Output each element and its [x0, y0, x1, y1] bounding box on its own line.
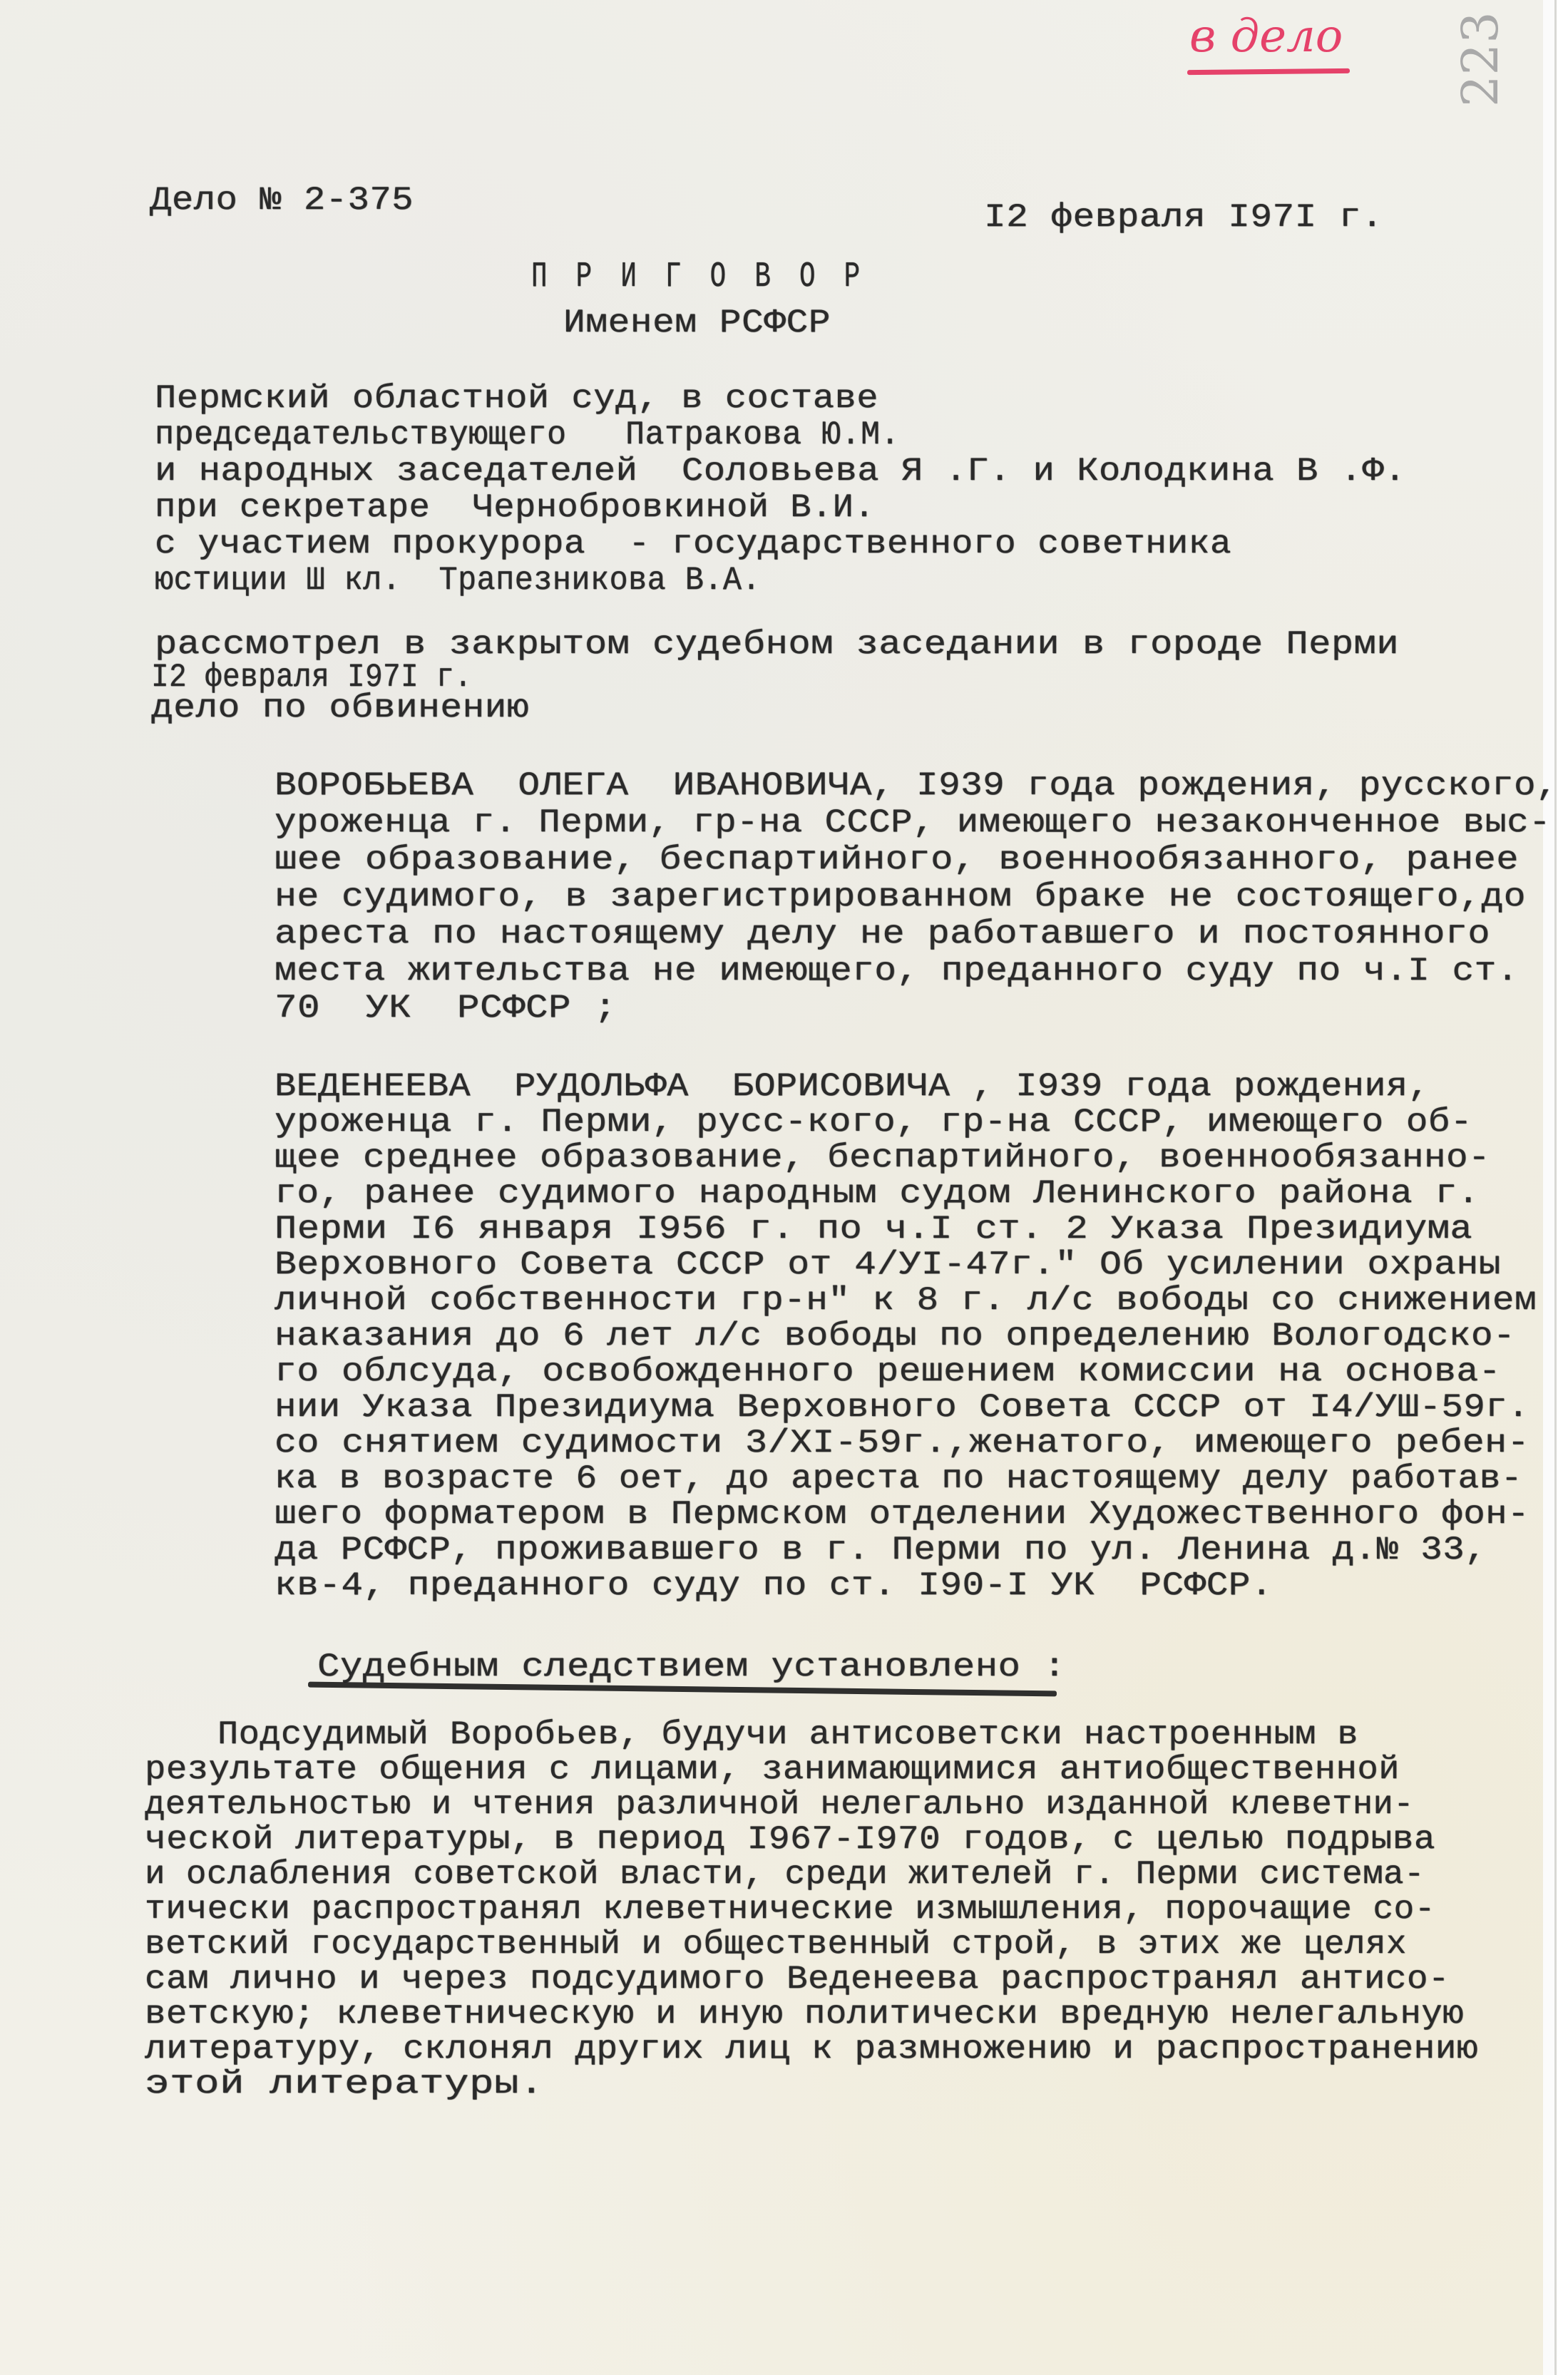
hearing-line: дело по обвинению: [151, 688, 529, 728]
defendant-line: Перми I6 января I956 г. по ч.I ст. 2 Ука…: [275, 1209, 1472, 1249]
document-subtitle: Именем РСФСР: [563, 303, 831, 343]
defendant-line: ВОРОБЬЕВА ОЛЕГА ИВАНОВИЧА, I939 года рож…: [275, 766, 1557, 806]
composition-line: юстиции Ш кл. Трапезникова В.А.: [155, 560, 761, 600]
case-number: Дело № 2-375: [150, 180, 414, 220]
composition-line: председательствующего Патракова Ю.М.: [155, 415, 900, 455]
handwritten-note-underline: [1187, 68, 1350, 75]
defendant-line: го, ранее судимого народным судом Ленинс…: [275, 1174, 1480, 1214]
findings-line: Подсудимый Воробьев, будучи антисоветски…: [217, 1715, 1358, 1755]
document-page: в дело 223 Дело № 2-375 I2 февраля I97I …: [0, 0, 1557, 2375]
defendant-line: шего форматером в Пермском отделении Худ…: [275, 1494, 1529, 1534]
defendant-line: кв-4, преданного суду по ст. I90-I УК РС…: [275, 1566, 1273, 1606]
composition-line: Пермский областной суд, в составе: [155, 379, 878, 419]
defendant-line: личной собственности гр-н" к 8 г. л/с во…: [275, 1281, 1537, 1320]
findings-line: ветскую; клеветническую и иную политичес…: [145, 1994, 1464, 2034]
defendant-line: ареста по настоящему делу не работавшего…: [275, 914, 1490, 954]
defendant-line: да РСФСР, проживавшего в г. Перми по ул.…: [275, 1530, 1487, 1570]
findings-line: тически распространял клеветнические изм…: [145, 1889, 1435, 1929]
defendant-line: нии Указа Президиума Верховного Совета С…: [275, 1387, 1529, 1427]
defendant-line: ка в возрасте 6 оет, до ареста по настоя…: [275, 1459, 1522, 1499]
findings-line: деятельностью и чтения различной нелегал…: [145, 1785, 1414, 1825]
composition-line: и народных заседателей Соловьева Я .Г. и…: [155, 451, 1406, 491]
defendant-line: ВЕДЕНЕЕВА РУДОЛЬФА БОРИСОВИЧА , I939 год…: [275, 1067, 1430, 1107]
defendant-line: 70 УК РСФСР ;: [275, 988, 617, 1028]
pencil-page-number: 223: [1451, 11, 1510, 107]
defendant-line: не судимого, в зарегистрированном браке …: [275, 877, 1526, 917]
findings-line: результате общения с лицами, занимающими…: [145, 1750, 1400, 1790]
findings-line: ческой литературы, в период I967-I970 го…: [145, 1820, 1435, 1860]
defendant-line: шее образование, беспартийного, военнооб…: [275, 840, 1519, 880]
findings-line: и ослабления советской власти, среди жит…: [145, 1855, 1425, 1894]
document-title: П Р И Г О В О Р: [531, 257, 866, 297]
findings-line: этой литературы.: [145, 2064, 544, 2104]
findings-line: ветский государственный и общественный с…: [145, 1924, 1407, 1964]
defendant-line: Верховного Совета СССР от 4/УI-47г." Об …: [275, 1245, 1501, 1285]
scan-edge: [1543, 0, 1554, 2375]
composition-line: с участием прокурора - государственного …: [155, 524, 1231, 564]
composition-line: при секретаре Чернобровкиной В.И.: [155, 488, 875, 528]
defendant-line: места жительства не имеющего, преданного…: [275, 951, 1519, 991]
defendant-line: го облсуда, освобожденного решением коми…: [275, 1352, 1501, 1392]
findings-line: литературу, склонял других лиц к размнож…: [145, 2029, 1478, 2069]
defendant-line: уроженца г. Перми, русс-кого, гр-на СССР…: [275, 1102, 1472, 1142]
defendant-line: наказания до 6 лет л/с вободы по определ…: [275, 1316, 1515, 1356]
document-date: I2 февраля I97I г.: [984, 198, 1383, 237]
section-heading: Судебным следствием установлено :: [317, 1647, 1066, 1687]
defendant-line: уроженца г. Перми, гр-на СССР, имеющего …: [275, 803, 1551, 843]
findings-line: сам лично и через подсудимого Веденеева …: [145, 1959, 1450, 1999]
handwritten-note-red: в дело: [1189, 10, 1343, 63]
defendant-line: щее среднее образование, беспартийного, …: [275, 1138, 1490, 1178]
defendant-line: со снятием судимости 3/XI-59г.,женатого,…: [275, 1423, 1529, 1463]
